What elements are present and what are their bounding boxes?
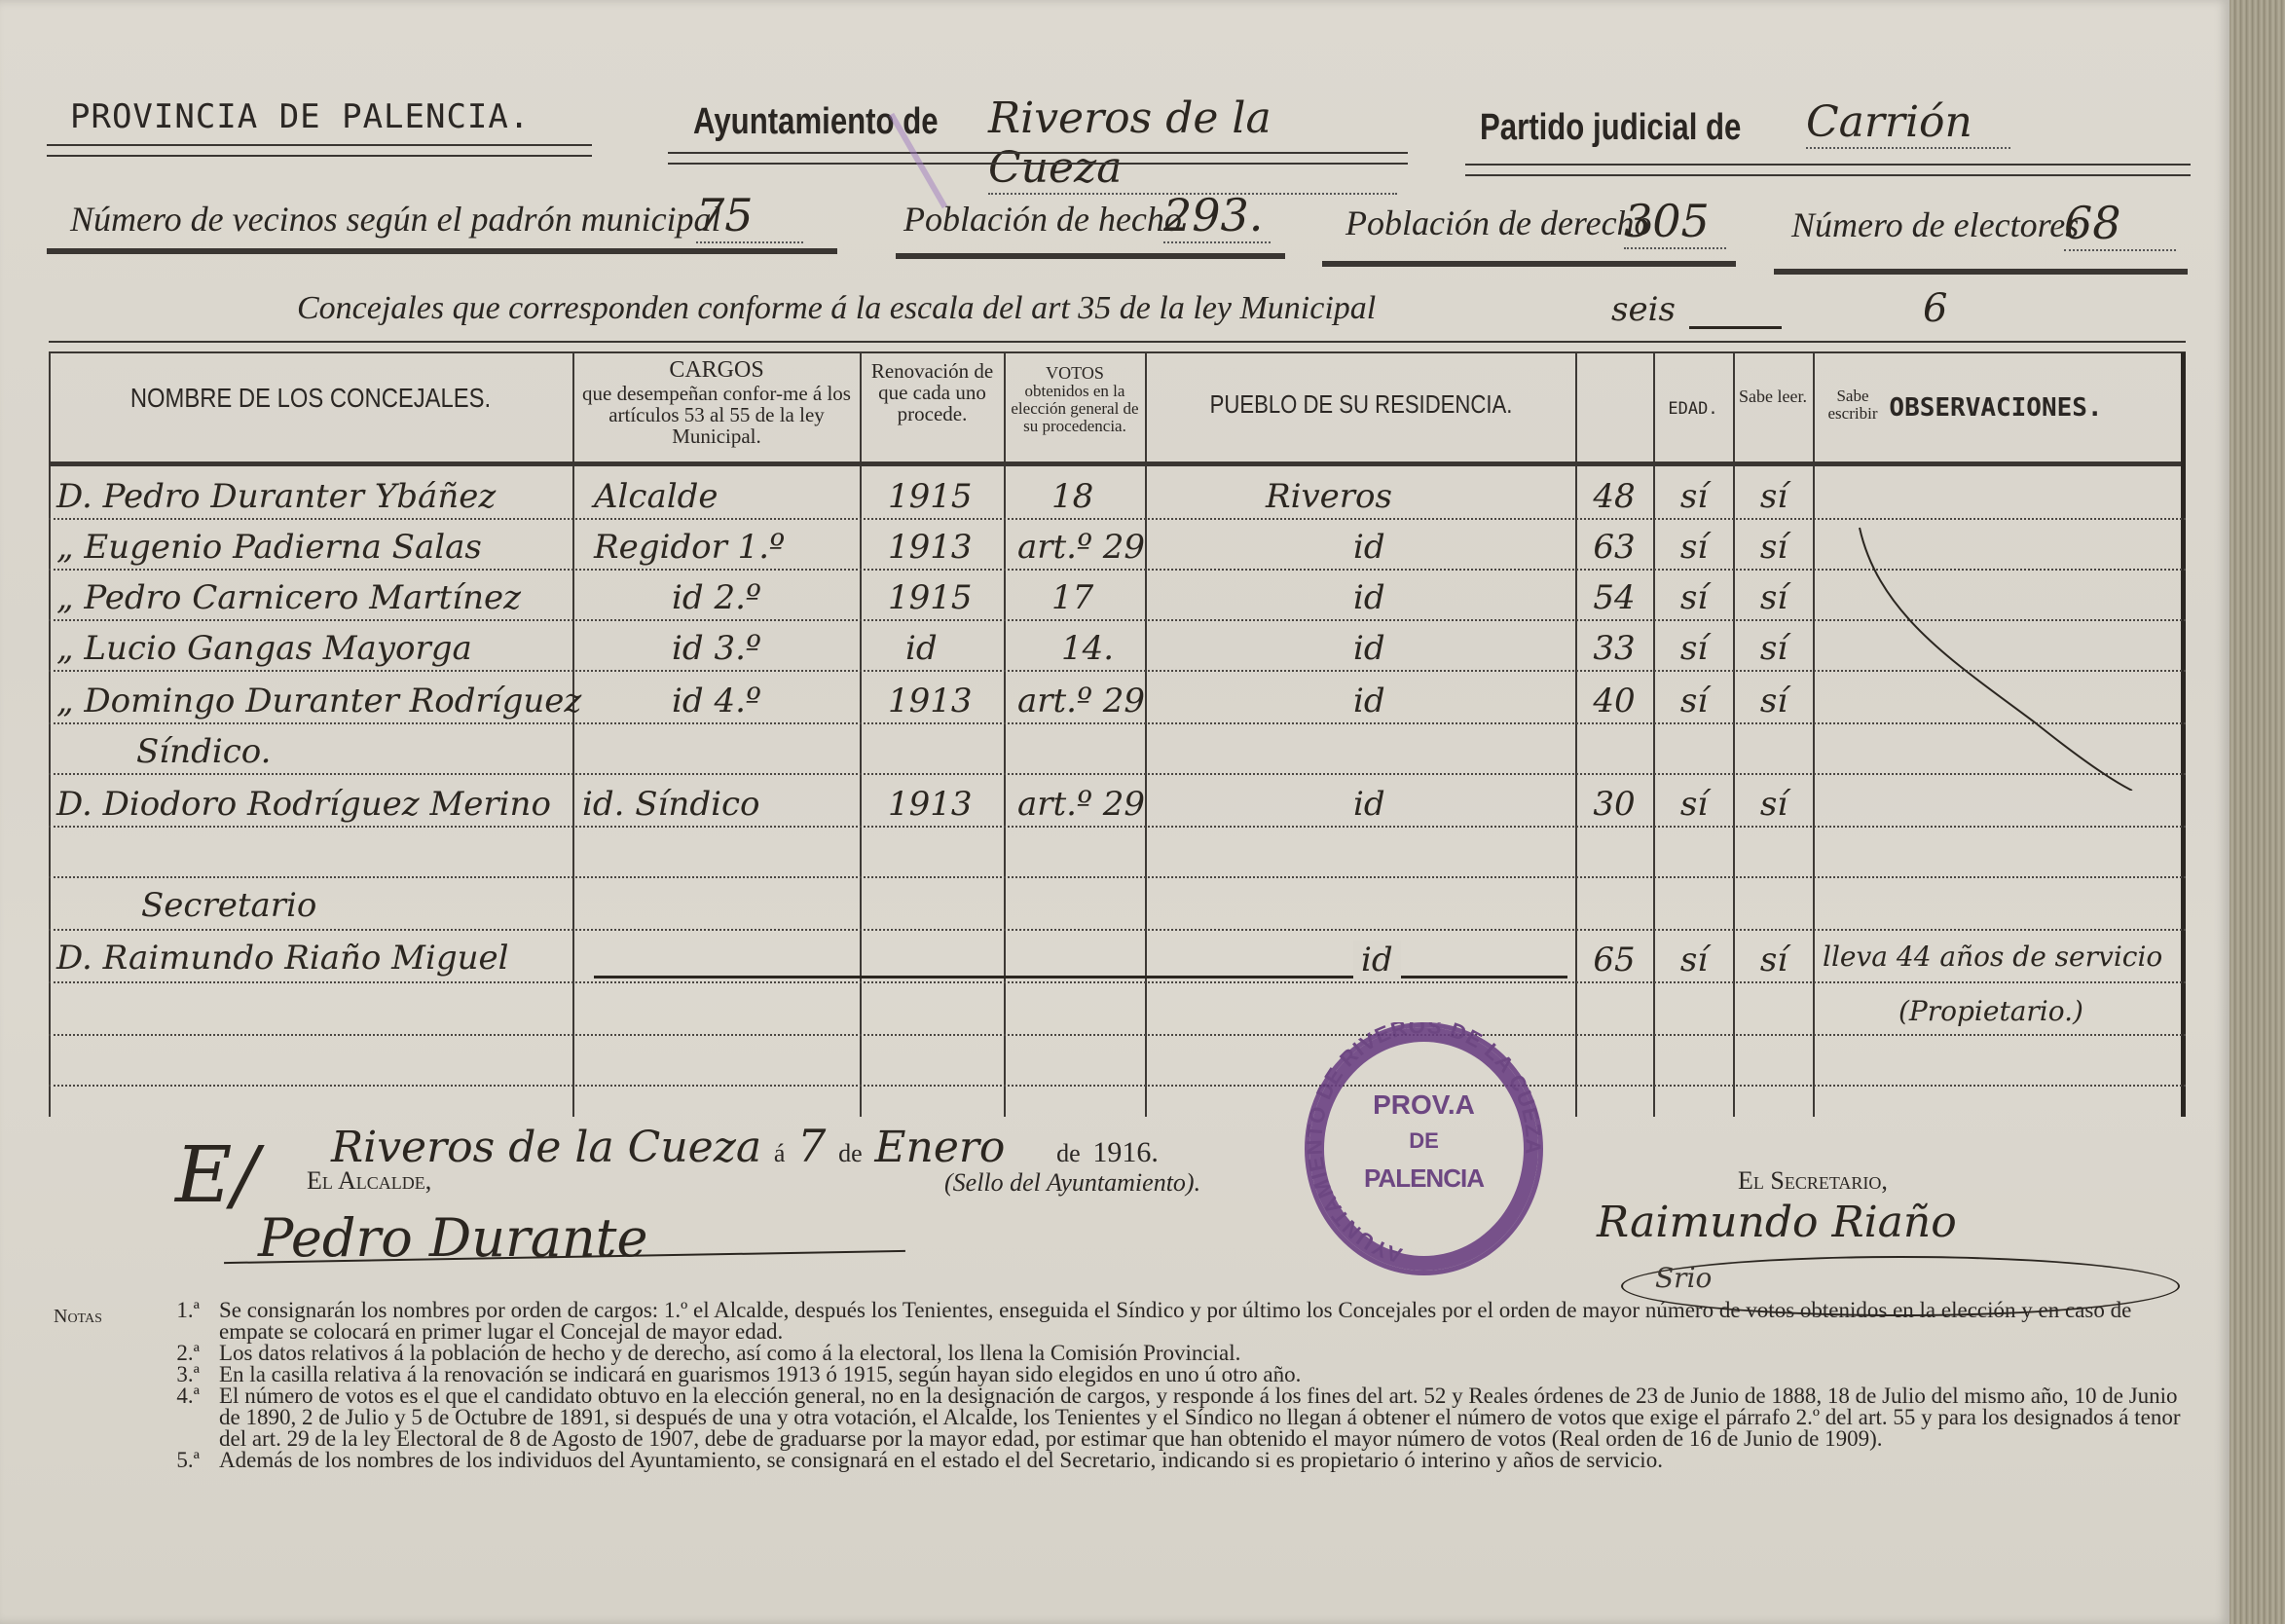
header-votos: VOTOS obtenidos en la elección general d… bbox=[1006, 364, 1144, 434]
cell-escribir: sí bbox=[1735, 785, 1813, 824]
cell-renovacion: 1915 bbox=[888, 578, 973, 617]
cell-cargo: id 3.º bbox=[672, 629, 761, 668]
cell-escribir: sí bbox=[1735, 941, 1813, 979]
document-page: PROVINCIA DE PALENCIA. Ayuntamiento de R… bbox=[0, 0, 2230, 1624]
vecinos-value: 75 bbox=[696, 189, 803, 243]
sindico-heading: Síndico. bbox=[136, 732, 271, 771]
stamp-line1: PROV.A bbox=[1309, 1089, 1538, 1121]
cell-nombre: „ Domingo Duranter Rodríguez bbox=[56, 682, 581, 720]
cell-votos: 14. bbox=[1061, 629, 1114, 668]
cell-cargo: Alcalde bbox=[594, 477, 719, 516]
date-day: 7 bbox=[797, 1120, 826, 1172]
stamp-line2: DE bbox=[1309, 1128, 1538, 1154]
cell-renovacion: 1915 bbox=[888, 477, 973, 516]
cell-renovacion: 1913 bbox=[888, 785, 973, 824]
electores-value: 68 bbox=[2064, 197, 2176, 251]
row-rule bbox=[49, 981, 2186, 983]
cell-leer: sí bbox=[1655, 528, 1733, 567]
cell-escribir: sí bbox=[1735, 629, 1813, 668]
cell-obs: lleva 44 años de servicio bbox=[1823, 941, 2162, 973]
date-place: Riveros de la Cueza bbox=[331, 1123, 761, 1172]
cell-escribir: sí bbox=[1735, 477, 1813, 516]
cell-nombre: „ Eugenio Padierna Salas bbox=[56, 528, 482, 567]
col-border bbox=[1733, 352, 1735, 1117]
cell-leer: sí bbox=[1655, 477, 1733, 516]
cell-escribir: sí bbox=[1735, 528, 1813, 567]
row-rule bbox=[49, 1085, 2186, 1087]
note-item: 3.ªEn la casilla relativa á la renovació… bbox=[54, 1364, 2195, 1385]
cell-escribir: sí bbox=[1735, 682, 1813, 720]
cell-leer: sí bbox=[1655, 785, 1733, 824]
cell-edad: 33 bbox=[1575, 629, 1653, 668]
row-rule bbox=[49, 929, 2186, 931]
cell-renovacion: id bbox=[905, 629, 938, 668]
alcalde-mark: E/ bbox=[175, 1129, 258, 1220]
header-rule bbox=[49, 461, 2181, 466]
cell-leer: sí bbox=[1655, 629, 1733, 668]
note-item: 2.ªLos datos relativos á la población de… bbox=[54, 1343, 2195, 1364]
book-page-edges bbox=[2230, 0, 2285, 1624]
cell-nombre: D. Pedro Duranter Ybáñez bbox=[56, 477, 496, 516]
rule bbox=[1465, 164, 2191, 176]
col-border bbox=[1575, 352, 1577, 1117]
cell-nombre: D. Raimundo Riaño Miguel bbox=[56, 939, 509, 978]
note-item: 5.ªAdemás de los nombres de los individu… bbox=[54, 1450, 2195, 1471]
secretario-label: El Secretario, bbox=[1738, 1166, 1888, 1196]
derecho-label: Población de derecho bbox=[1345, 203, 1652, 243]
header-edad: EDAD. bbox=[1655, 401, 1731, 419]
rule bbox=[47, 248, 837, 254]
cell-renovacion: 1913 bbox=[888, 682, 973, 720]
cell-nombre: „ Lucio Gangas Mayorga bbox=[56, 629, 472, 668]
date-de: de bbox=[838, 1139, 863, 1167]
concejales-label: Concejales que corresponden conforme á l… bbox=[297, 290, 1376, 327]
col-border bbox=[1145, 352, 1147, 1117]
rule bbox=[1774, 269, 2188, 275]
date-month: Enero bbox=[874, 1123, 1005, 1172]
sello-label: (Sello del Ayuntamiento). bbox=[944, 1168, 1200, 1198]
partido-value: Carrión bbox=[1806, 97, 2010, 149]
col-border bbox=[49, 352, 51, 1117]
secretario-heading: Secretario bbox=[141, 886, 316, 925]
row-rule bbox=[49, 1034, 2186, 1036]
electores-label: Número de electores bbox=[1791, 204, 2079, 245]
secretario-sub: Srio bbox=[1655, 1262, 1712, 1294]
cell-nombre: D. Diodoro Rodríguez Merino bbox=[56, 785, 551, 824]
partido-label: Partido judicial de bbox=[1480, 107, 1741, 149]
cell-votos: 17 bbox=[1051, 578, 1093, 617]
note-item: 4.ªEl número de votos es el que el candi… bbox=[54, 1385, 2195, 1450]
stamp-line3: PALENCIA bbox=[1309, 1163, 1538, 1194]
dash bbox=[1689, 326, 1782, 329]
ayuntamiento-value: Riveros de la Cueza bbox=[988, 93, 1397, 195]
date-a: á bbox=[774, 1139, 786, 1167]
cell-pueblo: id bbox=[1353, 941, 1401, 979]
col-border bbox=[860, 352, 862, 1117]
cell-cargo: id. Síndico bbox=[582, 785, 759, 824]
cell-edad: 54 bbox=[1575, 578, 1653, 617]
cell-edad: 65 bbox=[1575, 941, 1653, 979]
cell-renovacion: 1913 bbox=[888, 528, 973, 567]
date-year: 1916. bbox=[1092, 1136, 1159, 1168]
cell-nombre: „ Pedro Carnicero Martínez bbox=[56, 578, 521, 617]
col-border bbox=[1004, 352, 1006, 1117]
header-nombre: NOMBRE DE LOS CONCEJALES. bbox=[88, 384, 533, 412]
alcalde-label: El Alcalde, bbox=[307, 1166, 431, 1196]
cell-leer: sí bbox=[1655, 941, 1733, 979]
date-de-2: de bbox=[1056, 1139, 1081, 1167]
fill-line bbox=[594, 976, 1567, 978]
obs-cancel-stroke bbox=[1821, 498, 2171, 791]
cell-votos: art.º 29 bbox=[1017, 682, 1145, 720]
cell-cargo: id 2.º bbox=[672, 578, 761, 617]
cell-votos: art.º 29 bbox=[1017, 785, 1145, 824]
rule bbox=[896, 253, 1285, 259]
derecho-value: 305 bbox=[1624, 195, 1726, 249]
col-border bbox=[572, 352, 574, 1117]
cell-pueblo: Riveros bbox=[1266, 477, 1392, 516]
cell-pueblo: id bbox=[1353, 629, 1385, 668]
row-rule bbox=[49, 826, 2186, 828]
header-cargos: CARGOS que desempeñan confor-me á los ar… bbox=[574, 358, 859, 447]
cell-obs-2: (Propietario.) bbox=[1898, 995, 2083, 1027]
col-border bbox=[2181, 352, 2186, 1117]
header-renovacion: Renovación de que cada uno procede. bbox=[862, 360, 1003, 424]
hecho-value: 293. bbox=[1163, 189, 1271, 243]
concejales-table: NOMBRE DE LOS CONCEJALES. CARGOS que des… bbox=[49, 352, 2186, 1117]
concejales-word: seis bbox=[1611, 290, 1676, 329]
col-border bbox=[1653, 352, 1655, 1117]
cell-edad: 48 bbox=[1575, 477, 1653, 516]
col-border bbox=[1813, 352, 1815, 1117]
date-line: Riveros de la Cueza á 7 de Enero de 1916… bbox=[331, 1120, 1159, 1172]
province-title: PROVINCIA DE PALENCIA. bbox=[70, 97, 530, 136]
cell-cargo: id 4.º bbox=[672, 682, 761, 720]
cell-pueblo: id bbox=[1353, 528, 1385, 567]
cell-leer: sí bbox=[1655, 578, 1733, 617]
cell-edad: 40 bbox=[1575, 682, 1653, 720]
cell-pueblo: id bbox=[1353, 785, 1385, 824]
cell-cargo: Regidor 1.º bbox=[594, 528, 785, 567]
cell-pueblo: id bbox=[1353, 578, 1385, 617]
cell-pueblo: id bbox=[1353, 682, 1385, 720]
header-leer: Sabe leer. bbox=[1735, 388, 1811, 406]
rule bbox=[47, 144, 592, 157]
cell-leer: sí bbox=[1655, 682, 1733, 720]
note-item: 1.ªSe consignarán los nombres por orden … bbox=[54, 1300, 2195, 1343]
row-rule bbox=[49, 876, 2186, 878]
cell-escribir: sí bbox=[1735, 578, 1813, 617]
cell-edad: 30 bbox=[1575, 785, 1653, 824]
cell-votos: art.º 29 bbox=[1017, 528, 1145, 567]
rule bbox=[668, 152, 1408, 165]
cell-edad: 63 bbox=[1575, 528, 1653, 567]
rule bbox=[1322, 261, 1736, 267]
concejales-num: 6 bbox=[1923, 286, 1947, 331]
notes-label: Notas bbox=[54, 1306, 102, 1327]
vecinos-label: Número de vecinos según el padrón munici… bbox=[70, 199, 721, 240]
header-observaciones: OBSERVACIONES. bbox=[1850, 395, 2142, 422]
secretario-signature: Raimundo Riaño bbox=[1597, 1198, 1957, 1247]
notes-section: Notas 1.ªSe consignarán los nombres por … bbox=[54, 1300, 2195, 1471]
cell-votos: 18 bbox=[1051, 477, 1093, 516]
municipal-stamp: AYUNTAMIENTO DE RIVEROS DE LA CUEZA PROV… bbox=[1305, 1022, 1543, 1275]
header-pueblo: PUEBLO DE SU RESIDENCIA. bbox=[1179, 391, 1543, 418]
